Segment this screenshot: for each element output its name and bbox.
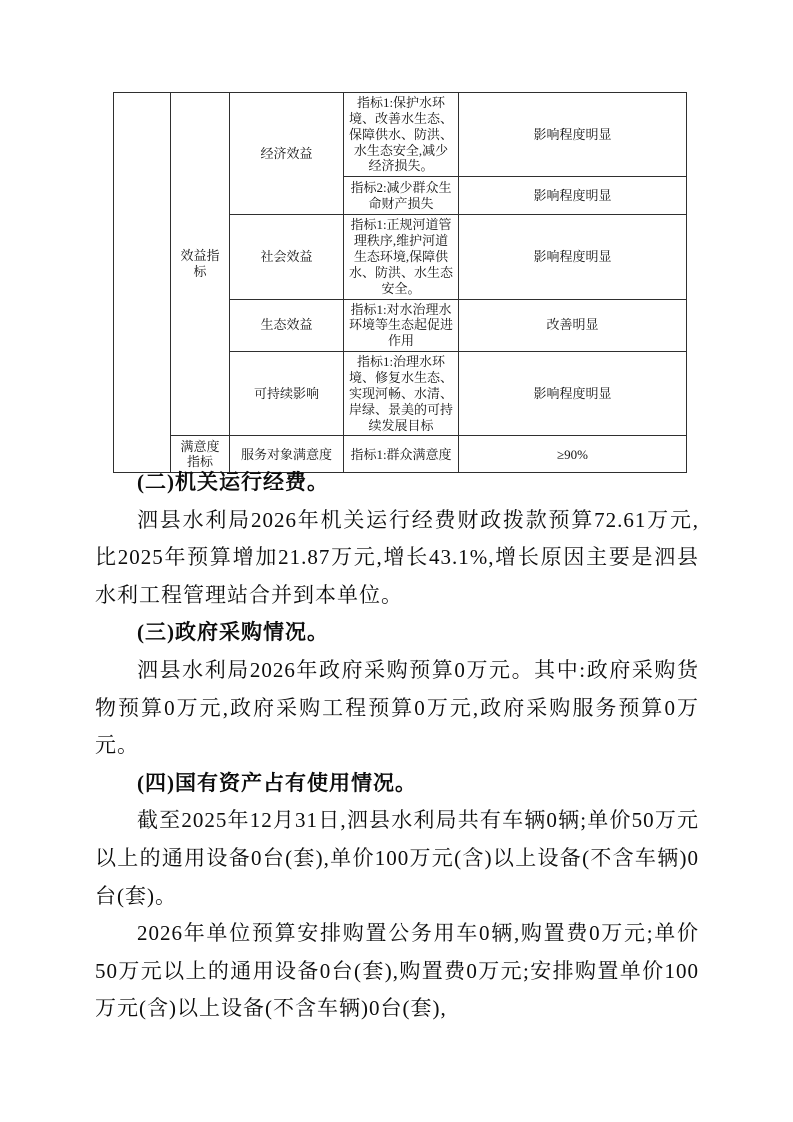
section-heading-state-assets: (四)国有资产占有使用情况。 (95, 765, 699, 803)
value-cell: 影响程度明显 (459, 177, 687, 215)
paragraph-government-procurement: 泗县水利局2026年政府采购预算0万元。其中:政府采购货物预算0万元,政府采购工… (95, 652, 699, 765)
paragraph-state-assets-2: 2026年单位预算安排购置公务用车0辆,购置费0万元;单价50万元以上的通用设备… (95, 915, 699, 1028)
document-page: 效益指标 经济效益 指标1:保护水环境、改善水生态、保障供水、防洪、水生态安全,… (0, 0, 793, 1122)
value-cell: 影响程度明显 (459, 93, 687, 177)
value-cell: 影响程度明显 (459, 215, 687, 299)
section-heading-agency-operating-funds: (二)机关运行经费。 (95, 464, 699, 502)
value-cell: 改善明显 (459, 299, 687, 352)
indicator-cell: 指标1:保护水环境、改善水生态、保障供水、防洪、水生态安全,减少经济损失。 (344, 93, 459, 177)
category-cell-benefit: 效益指标 (171, 93, 230, 436)
subcategory-cell-economic: 经济效益 (230, 93, 344, 215)
paragraph-state-assets-1: 截至2025年12月31日,泗县水利局共有车辆0辆;单价50万元以上的通用设备0… (95, 802, 699, 915)
table-row: 效益指标 经济效益 指标1:保护水环境、改善水生态、保障供水、防洪、水生态安全,… (114, 93, 687, 177)
table-stub-cell (114, 93, 171, 473)
document-body: (二)机关运行经费。 泗县水利局2026年机关运行经费财政拨款预算72.61万元… (95, 464, 699, 1028)
subcategory-cell-ecological: 生态效益 (230, 299, 344, 352)
indicator-cell: 指标1:对水治理水环境等生态起促进作用 (344, 299, 459, 352)
indicator-cell: 指标2:减少群众生命财产损失 (344, 177, 459, 215)
value-cell: 影响程度明显 (459, 352, 687, 436)
performance-indicator-table: 效益指标 经济效益 指标1:保护水环境、改善水生态、保障供水、防洪、水生态安全,… (113, 92, 687, 473)
paragraph-agency-operating-funds: 泗县水利局2026年机关运行经费财政拨款预算72.61万元,比2025年预算增加… (95, 502, 699, 615)
indicator-cell: 指标1:治理水环境、修复水生态、实现河畅、水清、岸绿、景美的可持续发展目标 (344, 352, 459, 436)
section-heading-government-procurement: (三)政府采购情况。 (95, 614, 699, 652)
indicator-cell: 指标1:正规河道管理秩序,维护河道生态环境,保障供水、防洪、水生态安全。 (344, 215, 459, 299)
subcategory-cell-social: 社会效益 (230, 215, 344, 299)
subcategory-cell-sustain: 可持续影响 (230, 352, 344, 436)
